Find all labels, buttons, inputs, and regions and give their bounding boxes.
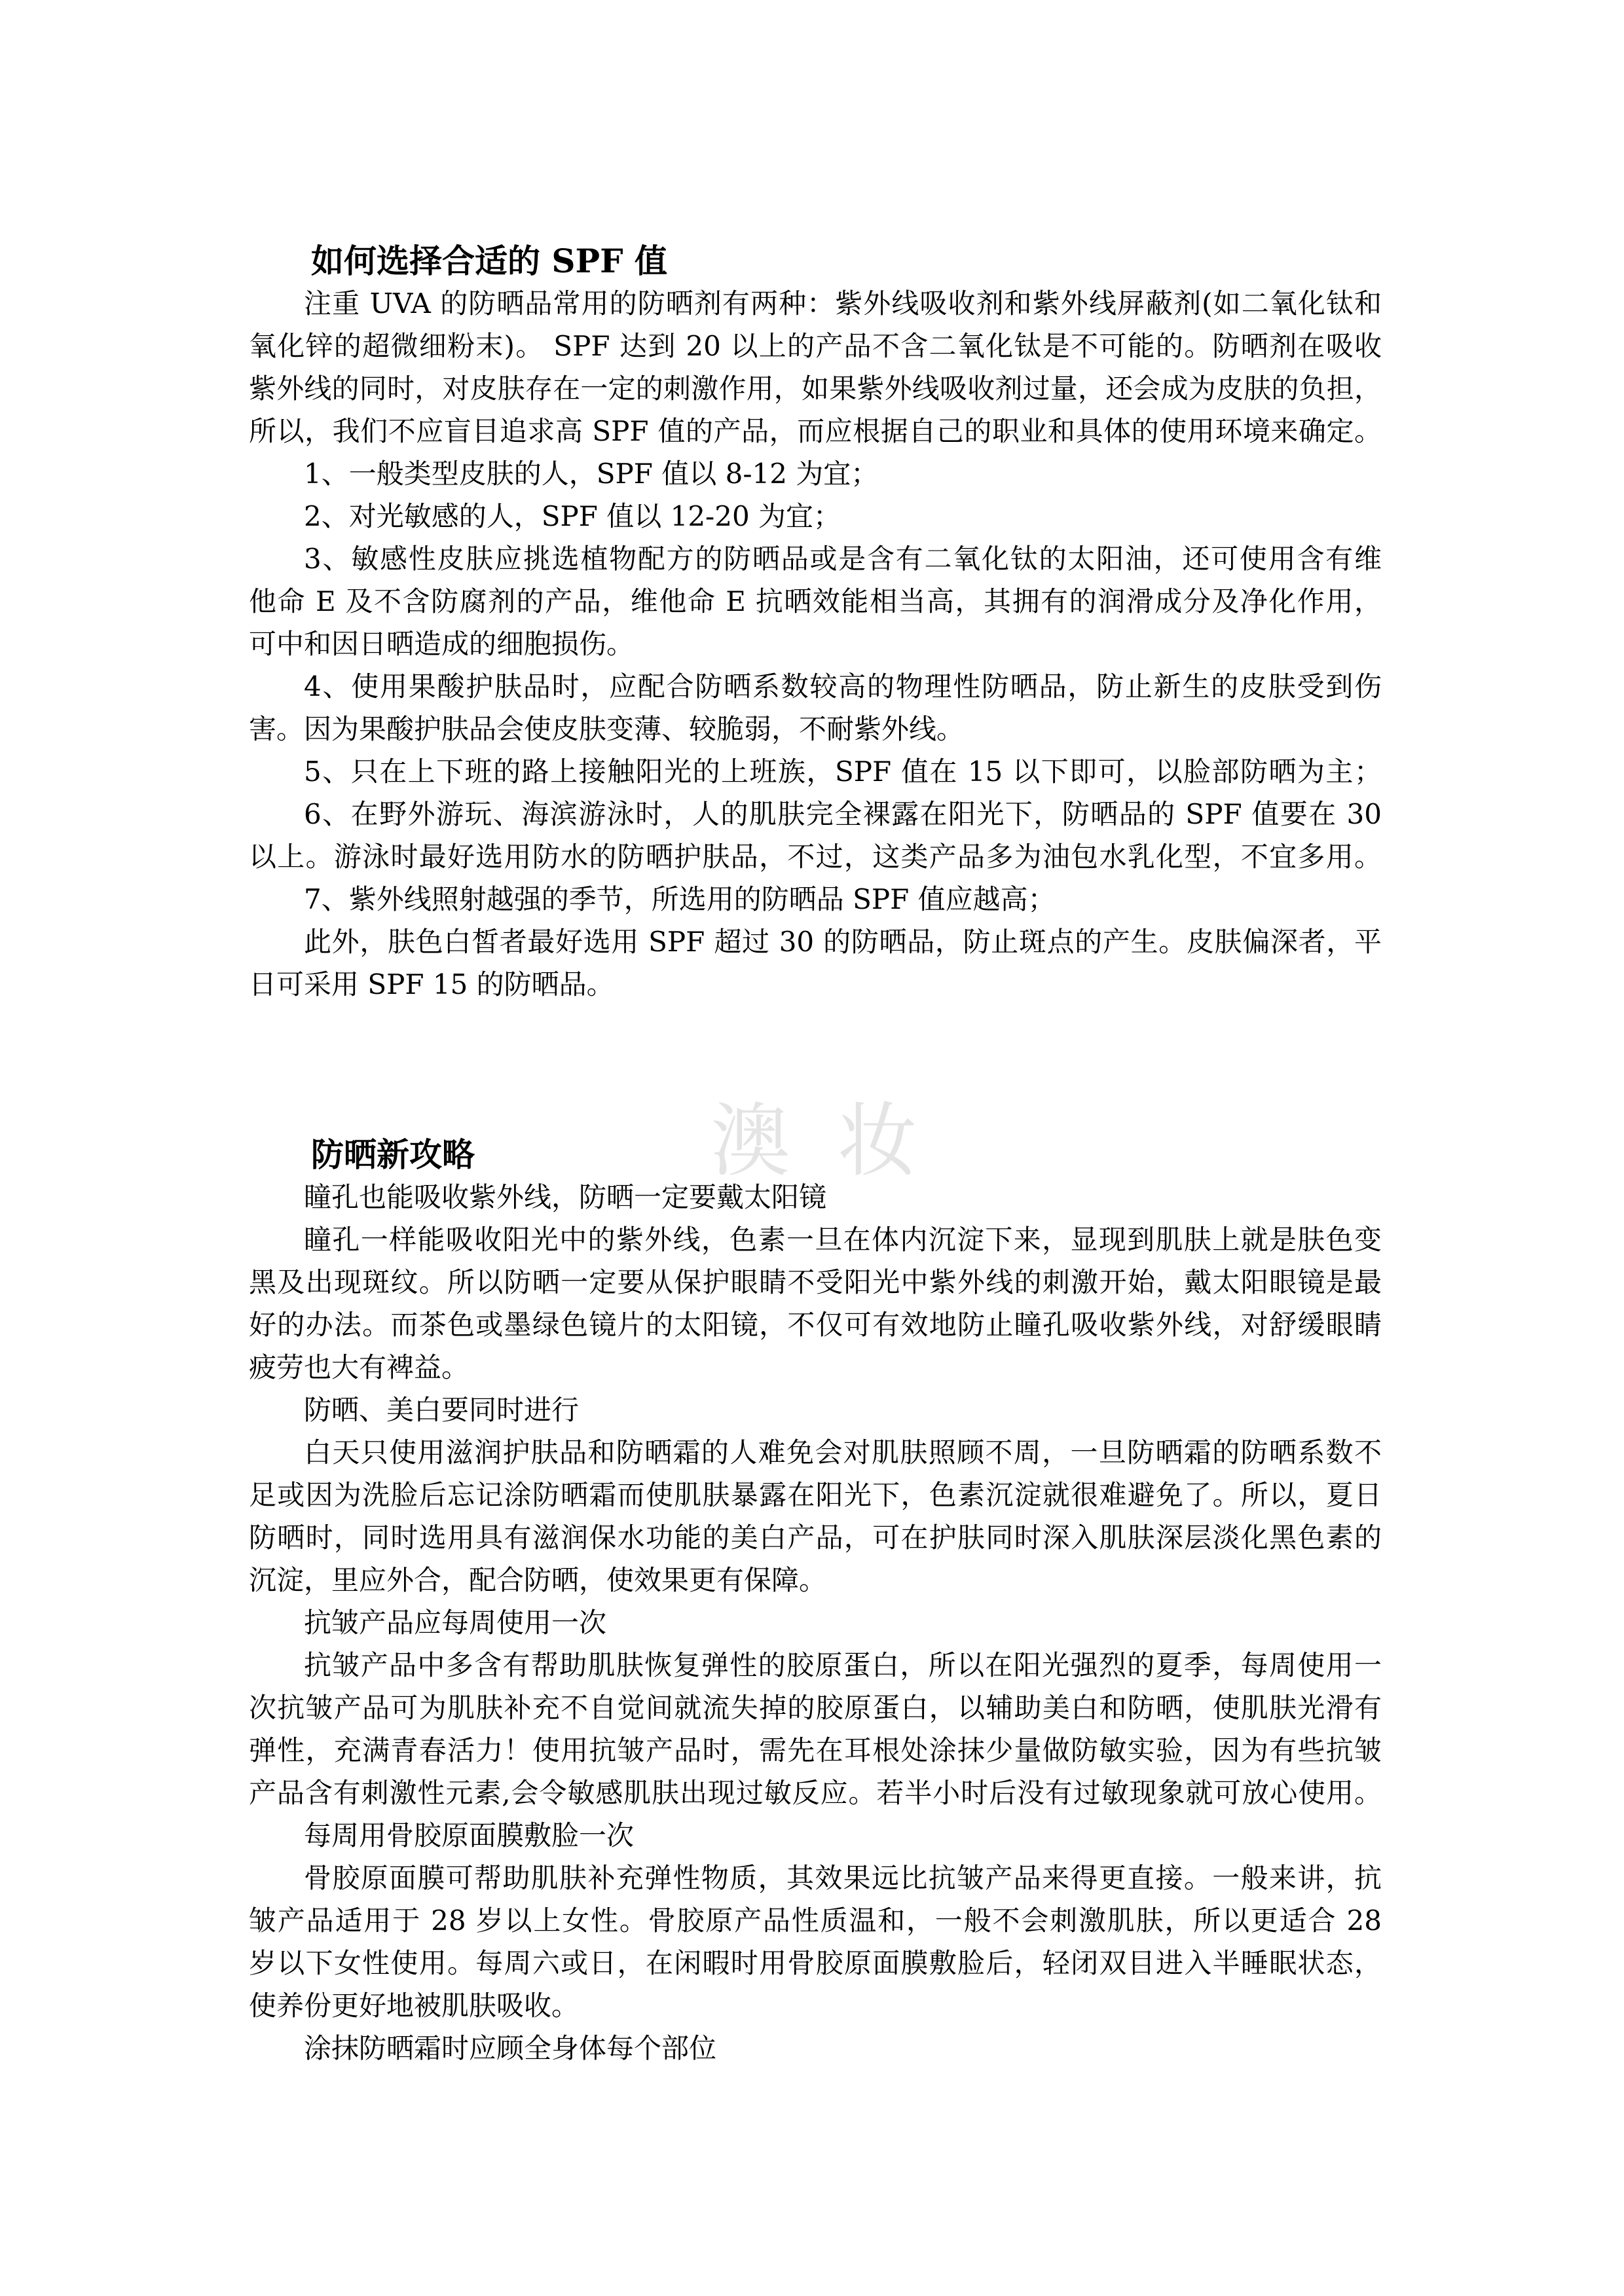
text-line: 日可采用 SPF 15 的防晒品。 bbox=[249, 963, 1382, 1006]
section-body: 瞳孔也能吸收紫外线，防晒一定要戴太阳镜瞳孔一样能吸收阳光中的紫外线，色素一旦在体… bbox=[249, 1176, 1382, 2069]
text-line: 岁以下女性使用。每周六或日，在闲暇时用骨胶原面膜敷脸后，轻闭双目进入半睡眠状态， bbox=[249, 1942, 1382, 1984]
text-line: 白天只使用滋润护肤品和防晒霜的人难免会对肌肤照顾不周，一旦防晒霜的防晒系数不 bbox=[249, 1431, 1382, 1474]
text-line: 紫外线的同时，对皮肤存在一定的刺激作用，如果紫外线吸收剂过量，还会成为皮肤的负担… bbox=[249, 367, 1382, 410]
text-line: 害。因为果酸护肤品会使皮肤变薄、较脆弱，不耐紫外线。 bbox=[249, 708, 1382, 750]
text-line: 使养份更好地被肌肤吸收。 bbox=[249, 1984, 1382, 2027]
text-line: 4、使用果酸护肤品时，应配合防晒系数较高的物理性防晒品，防止新生的皮肤受到伤 bbox=[249, 665, 1382, 708]
text-line: 涂抹防晒霜时应顾全身体每个部位 bbox=[249, 2027, 1382, 2069]
text-line: 沉淀，里应外合，配合防晒，使效果更有保障。 bbox=[249, 1559, 1382, 1601]
text-line: 3、敏感性皮肤应挑选植物配方的防晒品或是含有二氧化钛的太阳油，还可使用含有维 bbox=[249, 538, 1382, 580]
text-line: 产品含有刺激性元素,会令敏感肌肤出现过敏反应。若半小时后没有过敏现象就可放心使用… bbox=[249, 1772, 1382, 1814]
text-line: 好的办法。而茶色或墨绿色镜片的太阳镜，不仅可有效地防止瞳孔吸收紫外线，对舒缓眼睛 bbox=[249, 1303, 1382, 1346]
text-line: 注重 UVA 的防晒品常用的防晒剂有两种：紫外线吸收剂和紫外线屏蔽剂(如二氧化钛… bbox=[249, 282, 1382, 325]
text-line: 瞳孔一样能吸收阳光中的紫外线，色素一旦在体内沉淀下来，显现到肌肤上就是肤色变 bbox=[249, 1218, 1382, 1261]
text-line: 6、在野外游玩、海滨游泳时，人的肌肤完全裸露在阳光下，防晒品的 SPF 值要在 … bbox=[249, 793, 1382, 835]
text-line: 疲劳也大有裨益。 bbox=[249, 1346, 1382, 1389]
text-line: 防晒时，同时选用具有滋润保水功能的美白产品，可在护肤同时深入肌肤深层淡化黑色素的 bbox=[249, 1516, 1382, 1559]
text-line: 足或因为洗脸后忘记涂防晒霜而使肌肤暴露在阳光下，色素沉淀就很难避免了。所以，夏日 bbox=[249, 1474, 1382, 1516]
text-line: 抗皱产品应每周使用一次 bbox=[249, 1601, 1382, 1644]
text-line: 抗皱产品中多含有帮助肌肤恢复弹性的胶原蛋白，所以在阳光强烈的夏季，每周使用一 bbox=[249, 1644, 1382, 1686]
text-line: 骨胶原面膜可帮助肌肤补充弹性物质，其效果远比抗皱产品来得更直接。一般来讲，抗 bbox=[249, 1857, 1382, 1899]
section-heading: 防晒新攻略 bbox=[249, 1133, 1382, 1176]
text-line: 防晒、美白要同时进行 bbox=[249, 1389, 1382, 1431]
text-line: 次抗皱产品可为肌肤补充不自觉间就流失掉的胶原蛋白，以辅助美白和防晒，使肌肤光滑有 bbox=[249, 1686, 1382, 1729]
text-line: 2、对光敏感的人，SPF 值以 12-20 为宜； bbox=[249, 495, 1382, 538]
text-line: 7、紫外线照射越强的季节，所选用的防晒品 SPF 值应越高； bbox=[249, 878, 1382, 920]
text-line: 可中和因日晒造成的细胞损伤。 bbox=[249, 623, 1382, 665]
text-line: 弹性，充满青春活力！使用抗皱产品时，需先在耳根处涂抹少量做防敏实验，因为有些抗皱 bbox=[249, 1729, 1382, 1772]
document-content: 如何选择合适的 SPF 值 注重 UVA 的防晒品常用的防晒剂有两种：紫外线吸收… bbox=[249, 240, 1382, 2069]
section-heading: 如何选择合适的 SPF 值 bbox=[249, 240, 1382, 282]
text-line: 黑及出现斑纹。所以防晒一定要从保护眼睛不受阳光中紫外线的刺激开始，戴太阳眼镜是最 bbox=[249, 1261, 1382, 1303]
text-line: 所以，我们不应盲目追求高 SPF 值的产品，而应根据自己的职业和具体的使用环境来… bbox=[249, 410, 1382, 452]
text-line: 1、一般类型皮肤的人，SPF 值以 8-12 为宜； bbox=[249, 452, 1382, 495]
text-line: 皱产品适用于 28 岁以上女性。骨胶原产品性质温和，一般不会刺激肌肤，所以更适合… bbox=[249, 1899, 1382, 1942]
text-line: 以上。游泳时最好选用防水的防晒护肤品，不过，这类产品多为油包水乳化型，不宜多用。 bbox=[249, 835, 1382, 878]
section-body: 注重 UVA 的防晒品常用的防晒剂有两种：紫外线吸收剂和紫外线屏蔽剂(如二氧化钛… bbox=[249, 282, 1382, 1006]
section-spf-guide: 如何选择合适的 SPF 值 注重 UVA 的防晒品常用的防晒剂有两种：紫外线吸收… bbox=[249, 240, 1382, 1006]
text-line: 每周用骨胶原面膜敷脸一次 bbox=[249, 1814, 1382, 1857]
section-new-strategy: 防晒新攻略 瞳孔也能吸收紫外线，防晒一定要戴太阳镜瞳孔一样能吸收阳光中的紫外线，… bbox=[249, 1133, 1382, 2069]
text-line: 此外，肤色白皙者最好选用 SPF 超过 30 的防晒品，防止斑点的产生。皮肤偏深… bbox=[249, 920, 1382, 963]
text-line: 5、只在上下班的路上接触阳光的上班族，SPF 值在 15 以下即可，以脸部防晒为… bbox=[249, 750, 1382, 793]
text-line: 氧化锌的超微细粉末)。 SPF 达到 20 以上的产品不含二氧化钛是不可能的。防… bbox=[249, 325, 1382, 367]
text-line: 他命 E 及不含防腐剂的产品，维他命 E 抗晒效能相当高，其拥有的润滑成分及净化… bbox=[249, 580, 1382, 623]
text-line: 瞳孔也能吸收紫外线，防晒一定要戴太阳镜 bbox=[249, 1176, 1382, 1218]
